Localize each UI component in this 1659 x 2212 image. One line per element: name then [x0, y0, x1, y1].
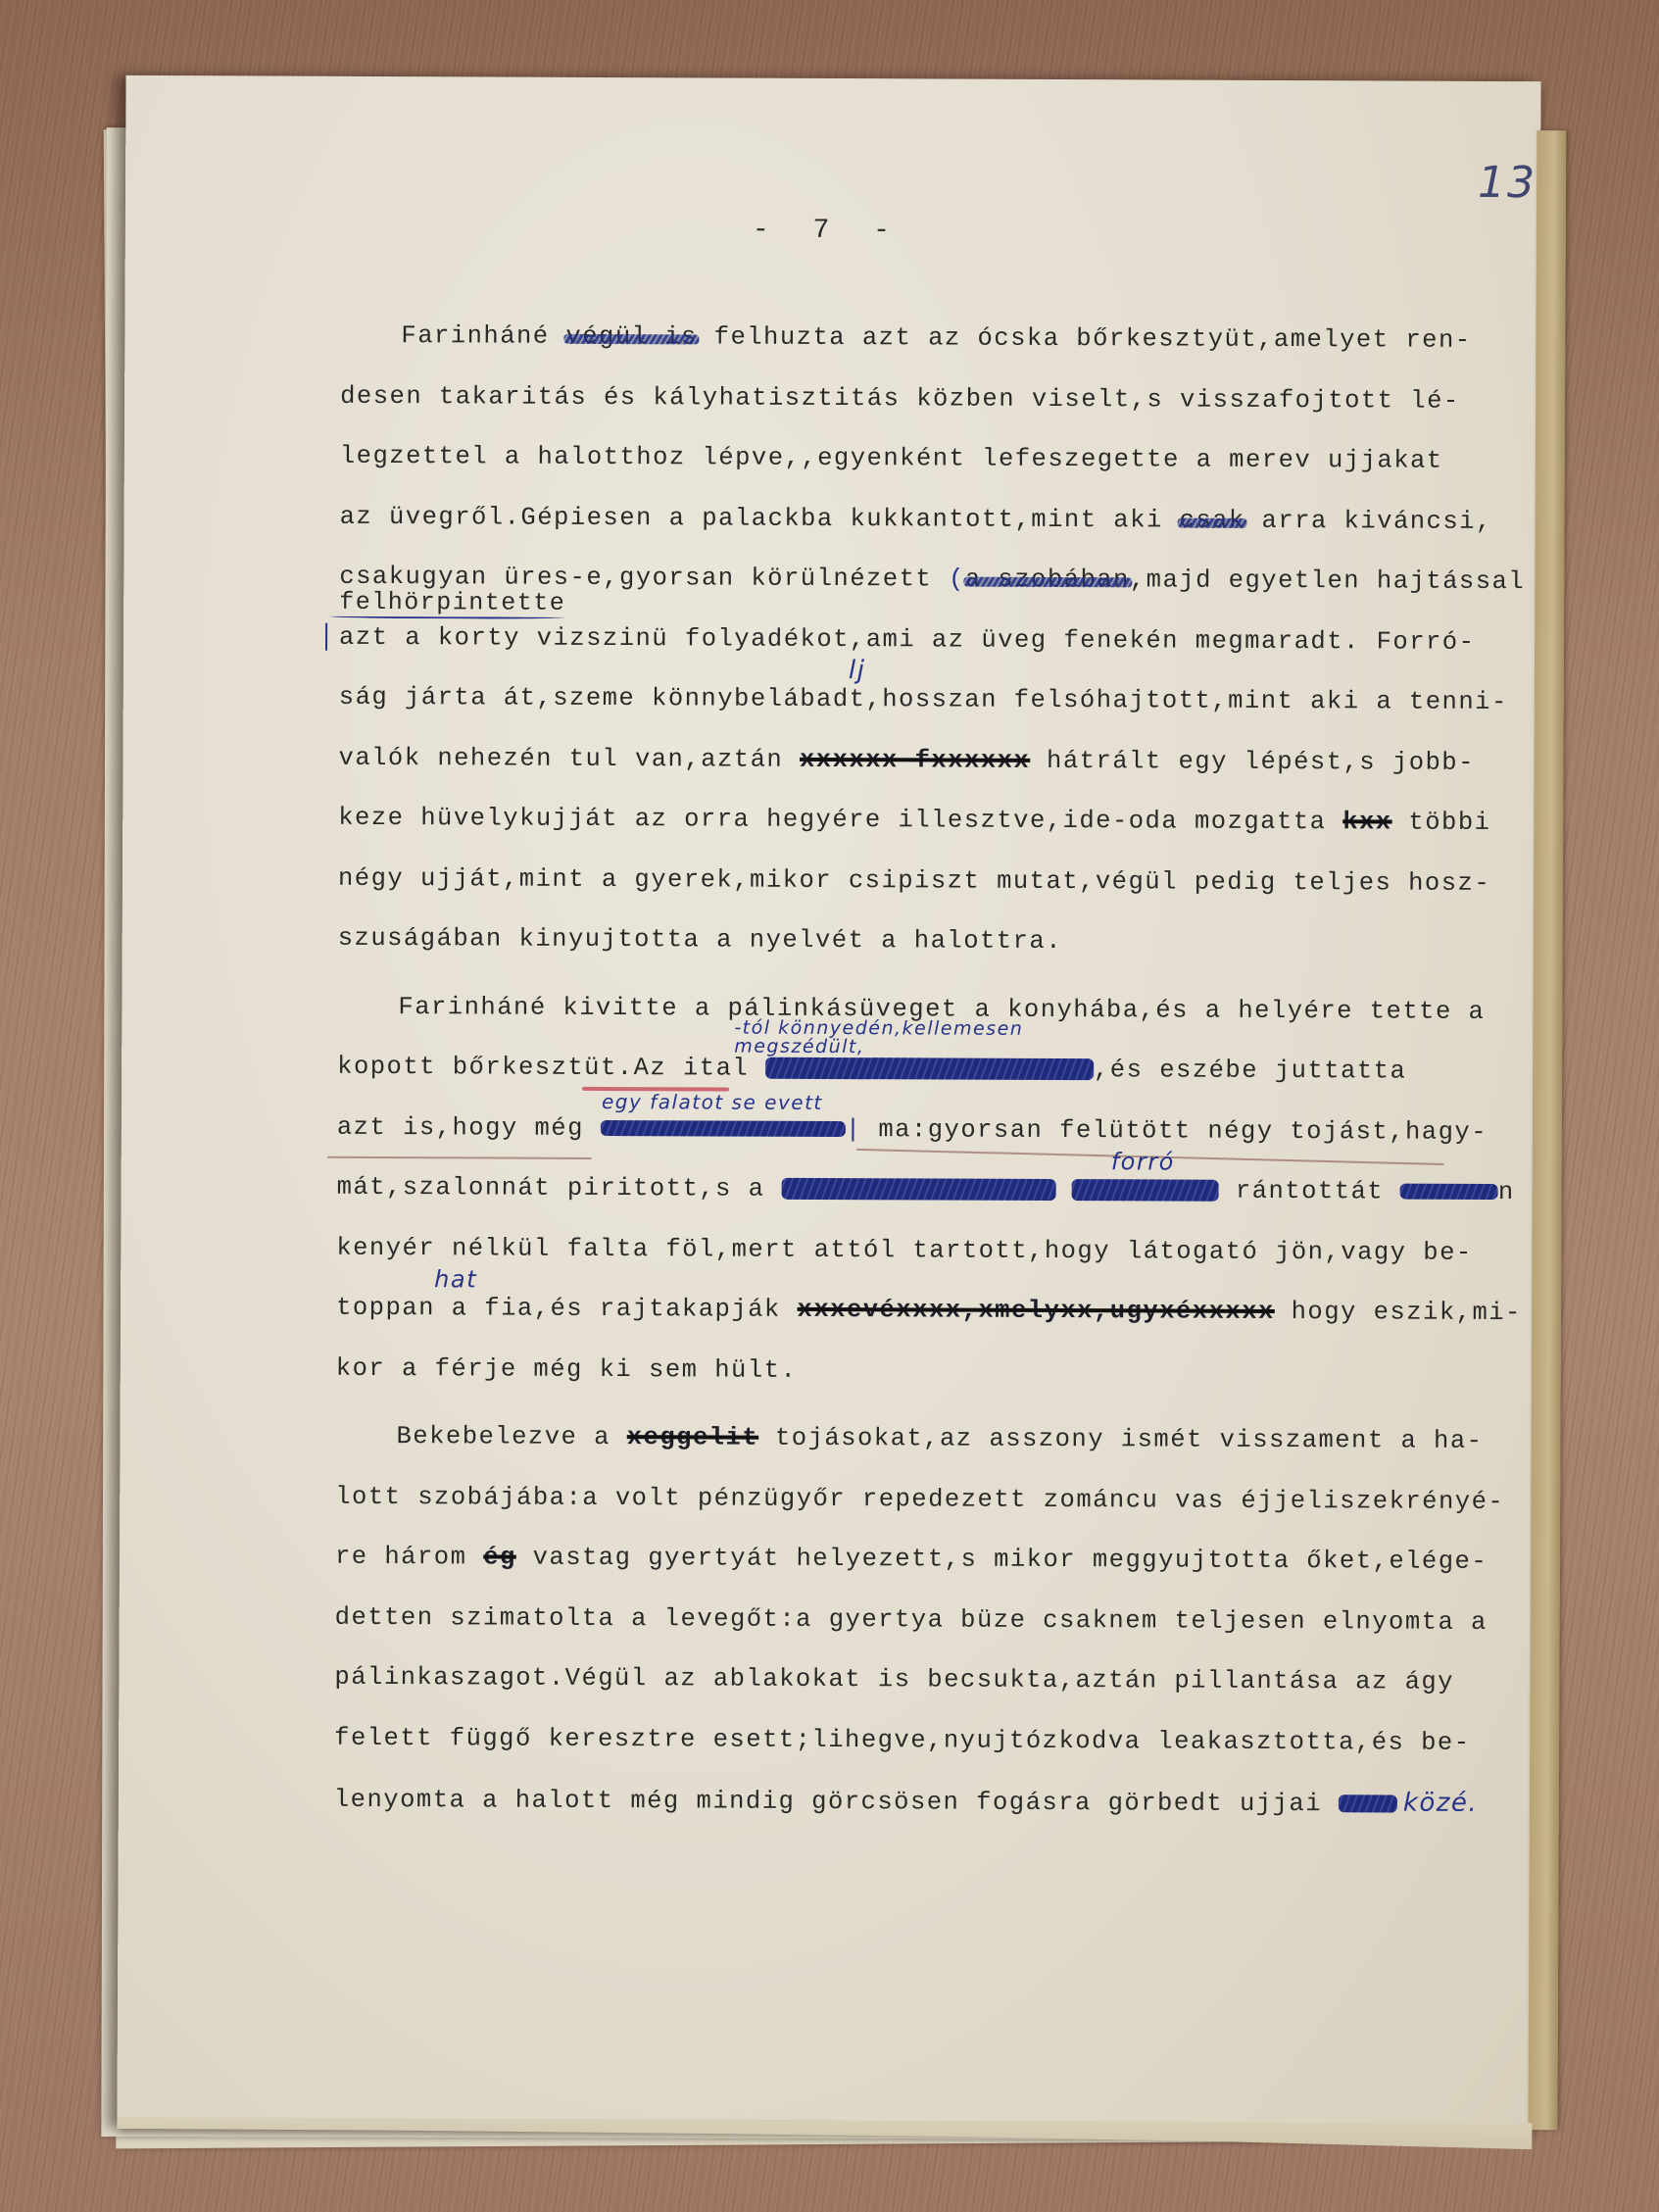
page-number: - 7 - — [753, 216, 903, 247]
typed-text: felhuzta azt az ócska bőrkesztyüt,amelye… — [698, 322, 1472, 354]
handwritten-insertion: hat — [434, 1264, 477, 1294]
hand-bracket-icon: | — [846, 1115, 862, 1144]
text-line: kenyér nélkül falta föl,mert attól tarto… — [336, 1233, 1492, 1299]
typed-strikeout: ég — [483, 1543, 516, 1571]
text-line: valók nehezén tul van,aztán xxxxxx fxxxx… — [338, 743, 1494, 809]
corner-page-annotation: 13 — [1478, 158, 1537, 208]
typed-text: többi — [1392, 809, 1491, 837]
text-line: lenyomta a halott még mindig görcsösen f… — [334, 1784, 1490, 1849]
typed-text: azt a korty vizszinü folyadékot,ami az ü… — [339, 622, 1475, 656]
paragraph-1: Farinháné végül is felhuzta azt az ócska… — [338, 321, 1497, 990]
text-line: az üvegről.Gépiesen a palackba kukkantot… — [339, 502, 1495, 567]
pen-scribble — [1400, 1184, 1498, 1200]
pen-underline — [327, 1155, 592, 1158]
pen-scribble — [601, 1120, 846, 1137]
handwritten-insertion: -tól könnyedén,kellemesen megszédült, — [734, 1019, 1038, 1057]
pen-scribble — [1072, 1179, 1219, 1202]
typed-text: lenyomta a halott még mindig görcsösen f… — [334, 1786, 1339, 1818]
struck-text: végül is — [565, 322, 698, 353]
text-line: -tól könnyedén,kellemesen megszédült, ko… — [337, 1053, 1493, 1118]
typed-text: ság járta át,szeme könnybelábadt,hosszan… — [339, 683, 1508, 716]
text-line: Bekebelezve a xeggelit tojásokat,az assz… — [335, 1422, 1491, 1488]
typed-text: Farinháné — [401, 321, 565, 351]
typed-text: tojásokat,az asszony ismét visszament a … — [758, 1424, 1483, 1455]
text-line: forró mát,szalonnát piritott,s a hirtele… — [336, 1173, 1492, 1239]
text-line: Farinháné végül is felhuzta azt az ócska… — [340, 321, 1496, 387]
handwritten-insertion: közé. — [1403, 1789, 1479, 1818]
text-line: csakugyan üres-e,gyorsan körülnézett (a … — [339, 563, 1495, 628]
text-line: felett függő keresztre esett;lihegve,nyu… — [334, 1723, 1490, 1789]
typed-strikeout: xxxxxx fxxxxxx — [800, 745, 1030, 774]
struck-text: csak — [1179, 506, 1244, 535]
text-line: lj ság járta át,szeme könnybelábadt,hoss… — [339, 683, 1495, 749]
struck-text: a szobában — [965, 565, 1130, 596]
typed-text: Bekebelezve a — [396, 1422, 626, 1451]
text-line: desen takaritás és kályhatisztitás közbe… — [340, 381, 1496, 447]
typed-text: ,és eszébe juttatta — [1094, 1056, 1406, 1085]
insertion-underline — [329, 614, 564, 619]
handwritten-insertion: lj — [849, 656, 866, 685]
handwritten-insertion: forró — [1111, 1147, 1175, 1176]
pen-scribble — [765, 1057, 1094, 1080]
text-line: szuságában kinyujtotta a nyelvét a halot… — [338, 924, 1494, 990]
typed-text: rántottát — [1219, 1177, 1400, 1206]
folded-edge — [1528, 130, 1566, 2130]
text-line: detten szimatolta a levegőt:a gyertya bü… — [335, 1602, 1491, 1668]
typed-text: hátrált egy lépést,s jobb- — [1030, 746, 1475, 776]
text-line: legzettel a halotthoz lépve,,egyenként l… — [340, 442, 1496, 508]
text-line: négy ujját,mint a gyerek,mikor csipiszt … — [338, 863, 1494, 929]
text-line: pálinkaszagot.Végül az ablakokat is becs… — [334, 1663, 1490, 1729]
typed-text: hogy eszik,mi- — [1275, 1298, 1522, 1327]
typed-text: ma:gyorsan felütött négy tojást,hagy- — [861, 1115, 1488, 1147]
typed-text: valók nehezén tul van,aztán — [338, 743, 800, 773]
typed-strikeout: xeggelit — [627, 1423, 759, 1452]
typed-text: ,majd egyetlen hajtással — [1130, 565, 1525, 596]
typed-text — [1055, 1176, 1072, 1204]
typed-text: n — [1498, 1178, 1515, 1206]
typed-text: toppan a fia,és rajtakapják — [336, 1294, 798, 1324]
text-line: kor a férje még ki sem hült. — [336, 1353, 1492, 1419]
typed-text: arra kiváncsi, — [1245, 506, 1492, 535]
text-line: keze hüvelykujját az orra hegyére illesz… — [338, 804, 1494, 869]
pen-scribble — [1339, 1795, 1397, 1813]
pen-scribble — [781, 1178, 1055, 1201]
typed-text: keze hüvelykujját az orra hegyére illesz… — [338, 804, 1342, 836]
text-line: lott szobájába:a volt pénzügyőr repedeze… — [335, 1482, 1491, 1548]
typed-text: az üvegről.Gépiesen a palackba kukkantot… — [340, 502, 1180, 534]
paragraph-2: Farinháné kivitte a pálinkásüveget a kon… — [336, 992, 1494, 1419]
handwritten-insertion: egy falatot se evett — [602, 1086, 823, 1116]
typed-strikeout: kxx — [1342, 808, 1392, 836]
typed-text: kopott bőrkesztüt.Az ital — [337, 1053, 749, 1083]
body-text: Farinháné végül is felhuzta azt az ócska… — [334, 321, 1497, 1849]
typed-text: mát,szalonnát piritott,s a — [337, 1173, 782, 1204]
typewritten-page: 13 - 7 - Farinháné végül is felhuzta azt… — [117, 75, 1540, 2135]
typed-strikeout: xxxevéxxxx,xmelyxx,ugyxéxxxxx — [798, 1296, 1275, 1326]
text-line: re három ég vastag gyertyát helyezett,s … — [335, 1543, 1491, 1608]
typed-text: re három — [335, 1543, 483, 1572]
typed-text: vastag gyertyát helyezett,s mikor meggyu… — [516, 1544, 1488, 1576]
text-line: egy falatot se evett azt is,hogy még nem… — [337, 1112, 1493, 1178]
typed-text: azt is,hogy még — [337, 1112, 601, 1142]
paragraph-3: Bekebelezve a xeggelit tojásokat,az assz… — [334, 1422, 1492, 1849]
text-line: azt a korty vizszinü folyadékot,ami az ü… — [339, 622, 1495, 688]
insertion-bracket — [325, 622, 327, 650]
text-line: hat toppan a fia,és rajtakapják xxxevéxx… — [336, 1294, 1492, 1359]
